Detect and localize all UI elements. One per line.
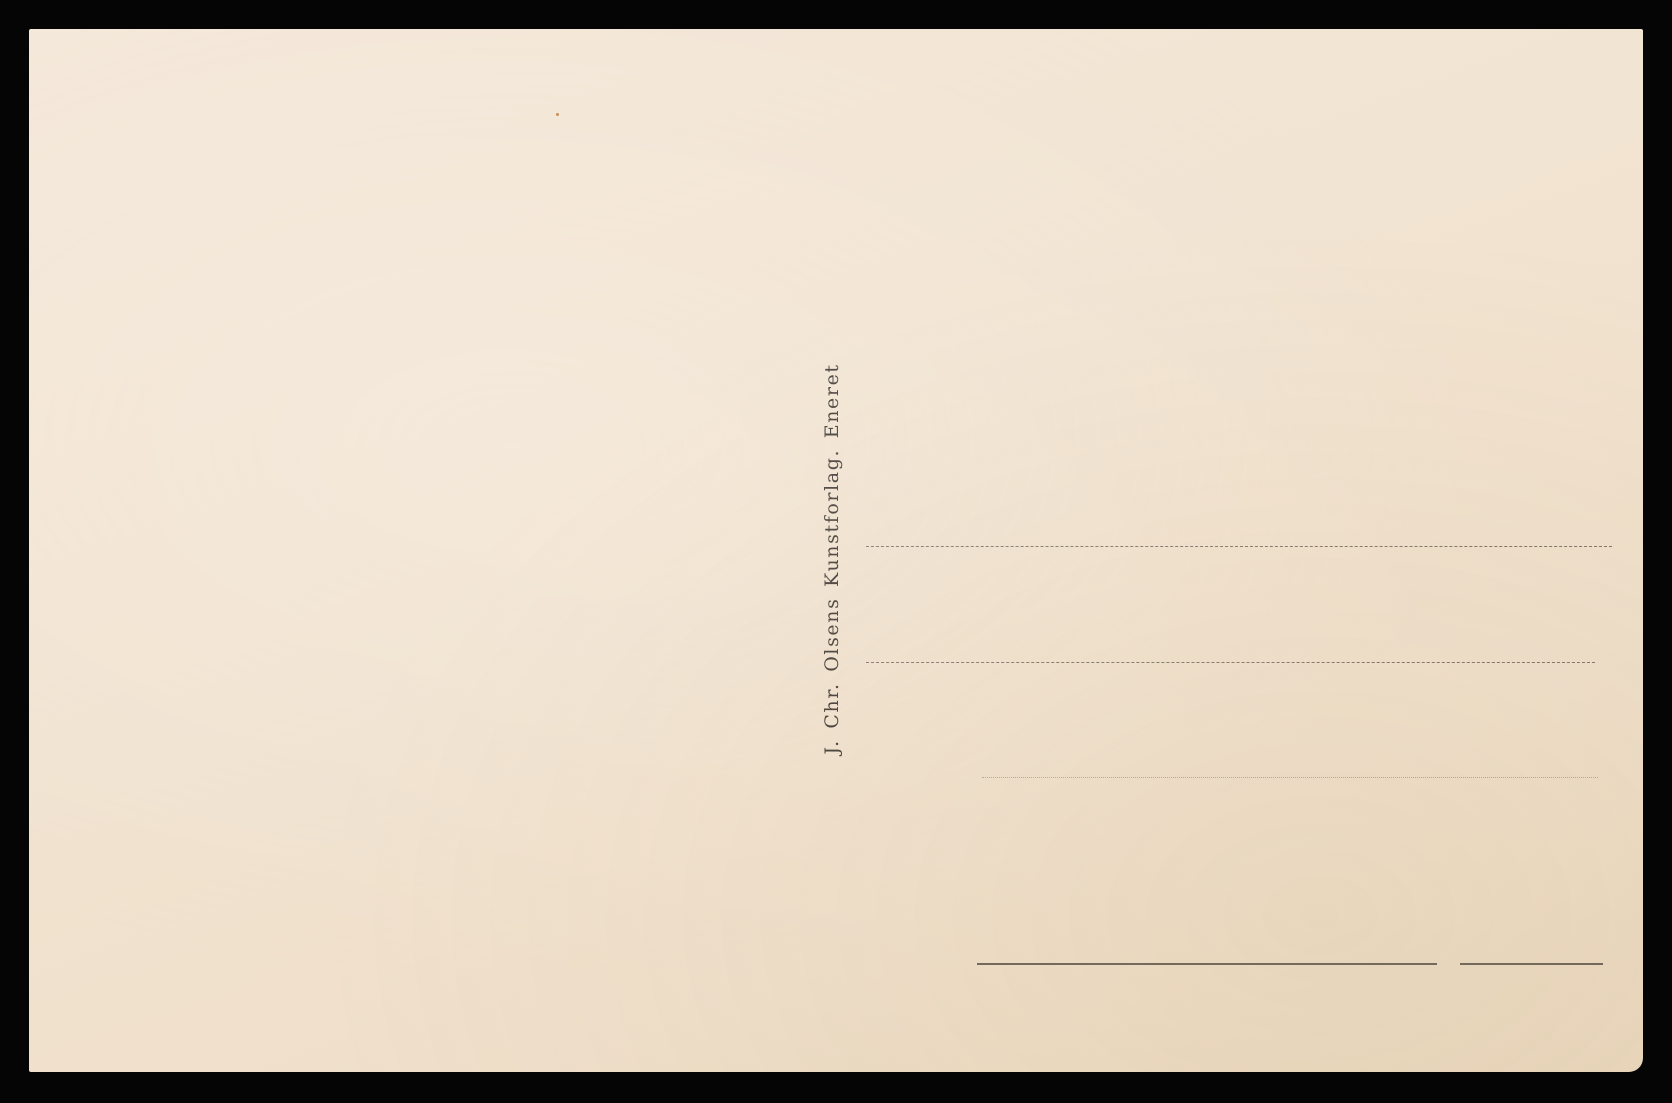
address-line-1 — [866, 546, 1612, 547]
postcard-back: J. Chr. Olsens Kunstforlag. Eneret — [29, 29, 1643, 1072]
bottom-rule-segment-2 — [1460, 963, 1603, 965]
address-line-3 — [982, 777, 1598, 778]
address-line-2 — [866, 662, 1595, 663]
bottom-rule-segment-1 — [977, 963, 1437, 965]
paper-speck — [556, 113, 559, 116]
publisher-imprint: J. Chr. Olsens Kunstforlag. Eneret — [821, 363, 843, 754]
